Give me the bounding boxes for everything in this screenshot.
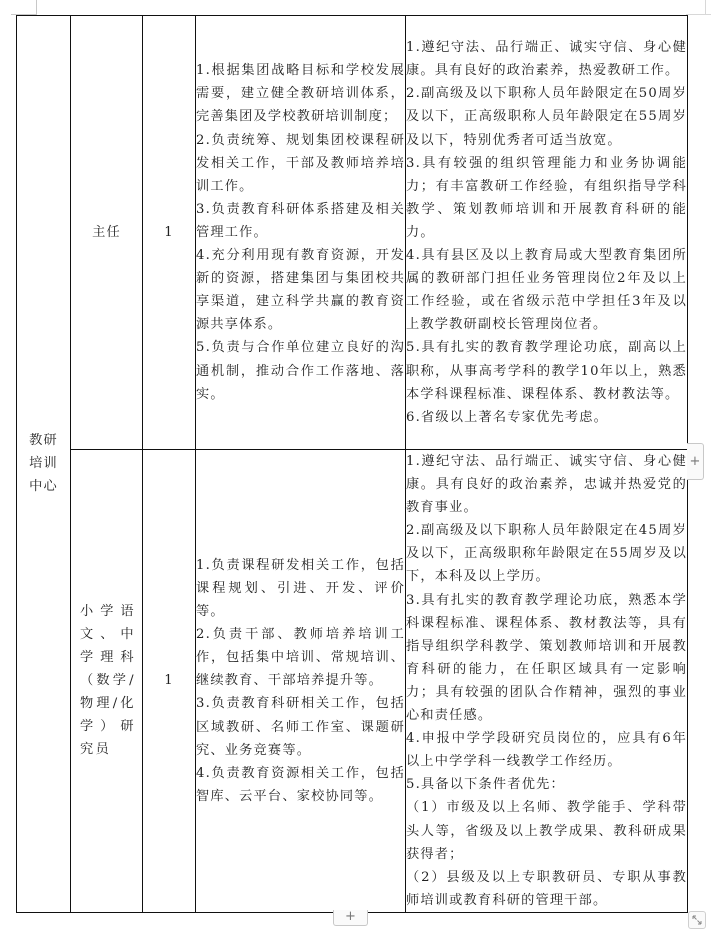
- duty-item: 1.负责课程研发相关工作，包括课程规划、引进、开发、评价等。: [196, 554, 405, 623]
- duty-item: 5.负责与合作单位建立良好的沟通机制，推动合作工作落地、落实。: [196, 336, 405, 405]
- requirement-item: 2.副高级及以下职称人员年龄限定在50周岁及以下，正高级职称人员年龄限定在55周…: [406, 82, 687, 151]
- requirements-cell[interactable]: 1.遵纪守法、品行端正、诚实守信、身心健康。具有良好的政治素养，热爱教研工作。 …: [406, 16, 688, 450]
- page-margin-mark-top-left-vertical: [36, 0, 37, 15]
- add-column-button[interactable]: +: [687, 443, 704, 480]
- headcount-value: 1: [164, 225, 174, 240]
- requirement-item: 3.具有较强的组织管理能力和业务协调能力；有丰富教研工作经验，有组织指导学科教学…: [406, 152, 687, 244]
- duty-item: 4.充分利用现有教育资源，开发新的资源，搭建集团与集团校共享渠道，建立科学共赢的…: [196, 244, 405, 336]
- requirement-item: 3.具有扎实的教育教学理论功底，熟悉本学科课程标准、课程体系、教材教法等，具有指…: [406, 589, 687, 728]
- headcount-value: 1: [164, 673, 174, 688]
- duties-cell[interactable]: 1.根据集团战略目标和学校发展需要，建立健全教研培训体系，完善集团及学校教研培训…: [196, 16, 406, 450]
- duty-item: 4.负责教育资源相关工作，包括智库、云平台、家校协同等。: [196, 762, 405, 808]
- duty-item: 2.负责统筹、规划集团校课程研发相关工作，干部及教师培养培训工作。: [196, 129, 405, 198]
- duty-item: 3.负责教育科研相关工作，包括区域教研、名师工作室、课题研究、业务竞赛等。: [196, 692, 405, 761]
- position-title: 小学语文、中学理科（数学/物理/化学）研究员: [71, 600, 142, 761]
- requirement-item: 1.遵纪守法、品行端正、诚实守信、身心健康。具有良好的政治素养，忠诚并热爱党的教…: [406, 450, 687, 519]
- add-row-button[interactable]: +: [333, 910, 368, 926]
- headcount-cell[interactable]: 1: [143, 16, 196, 450]
- duties-cell[interactable]: 1.负责课程研发相关工作，包括课程规划、引进、开发、评价等。 2.负责干部、教师…: [196, 450, 406, 913]
- table-resize-handle[interactable]: [688, 911, 706, 929]
- requirement-item: 4.申报中学学段研究员岗位的，应具有6年以上中学学科一线教学工作经历。: [406, 727, 687, 773]
- requirement-item: 1.遵纪守法、品行端正、诚实守信、身心健康。具有良好的政治素养，热爱教研工作。: [406, 36, 687, 82]
- requirement-sub-item: （1）市级及以上名师、教学能手、学科带头人等，省级及以上教学成果、教科研成果获得…: [406, 796, 687, 865]
- page-margin-mark-top-right-horizontal: [686, 14, 711, 15]
- requirement-item: 5.具有扎实的教育教学理论功底，副高以上职称，从事高考学科的教学10年以上，熟悉…: [406, 336, 687, 405]
- requirement-item: 2.副高级及以下职称人员年龄限定在45周岁及以下，正高级职称年龄限定在55周岁及…: [406, 519, 687, 588]
- duty-item: 1.根据集团战略目标和学校发展需要，建立健全教研培训体系，完善集团及学校教研培训…: [196, 59, 405, 128]
- headcount-cell[interactable]: 1: [143, 450, 196, 913]
- requirements-cell[interactable]: 1.遵纪守法、品行端正、诚实守信、身心健康。具有良好的政治素养，忠诚并热爱党的教…: [406, 450, 688, 913]
- requirement-sub-item: （2）县级及以上专职教研员、专职从事教师培训或教育科研的管理干部。: [406, 866, 687, 912]
- table-row: 教研 培训 中心 主任 1 1.根据集团战略目标和学校发展需要，建立健全教研培训…: [17, 16, 688, 450]
- position-cell[interactable]: 主任: [71, 16, 143, 450]
- table-row: 小学语文、中学理科（数学/物理/化学）研究员 1 1.负责课程研发相关工作，包括…: [17, 450, 688, 913]
- duty-item: 2.负责干部、教师培养培训工作，包括集中培训、常规培训、继续教育、干部培养提升等…: [196, 623, 405, 692]
- resize-diagonal-icon: [689, 912, 705, 928]
- recruitment-table: 教研 培训 中心 主任 1 1.根据集团战略目标和学校发展需要，建立健全教研培训…: [16, 15, 688, 913]
- department-cell[interactable]: 教研 培训 中心: [17, 16, 71, 913]
- position-title: 主任: [92, 225, 121, 240]
- position-cell[interactable]: 小学语文、中学理科（数学/物理/化学）研究员: [71, 450, 143, 913]
- requirement-item: 6.省级以上著名专家优先考虑。: [406, 406, 687, 429]
- duty-item: 3.负责教育科研体系搭建及相关管理工作。: [196, 198, 405, 244]
- page-margin-mark-top-right-vertical: [705, 0, 706, 15]
- requirement-item: 4.具有县区及以上教育局或大型教育集团所属的教研部门担任业务管理岗位2年及以上工…: [406, 244, 687, 336]
- requirement-item: 5.具备以下条件者优先：: [406, 773, 687, 796]
- department-name-line: 中心: [17, 475, 70, 498]
- plus-icon: +: [345, 909, 356, 924]
- plus-icon: +: [690, 454, 701, 469]
- department-name-line: 教研: [17, 429, 70, 452]
- department-name-line: 培训: [17, 452, 70, 475]
